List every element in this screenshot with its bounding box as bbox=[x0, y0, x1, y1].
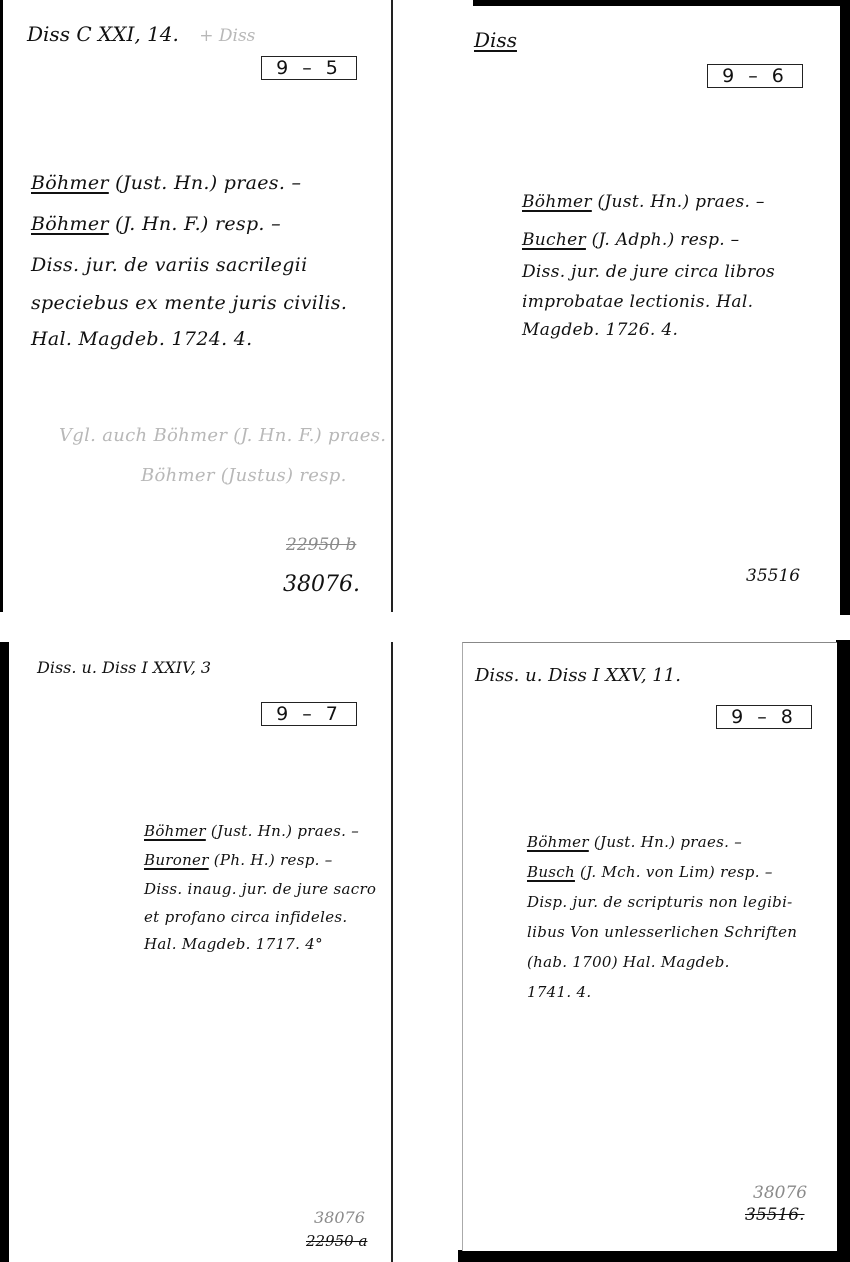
shelfmark: Diss. u. Diss I XXIV, 3 bbox=[37, 658, 211, 677]
title-line: improbatae lectionis. Hal. bbox=[522, 292, 753, 312]
entry-line: Böhmer (Just. Hn.) praes. – bbox=[522, 192, 765, 212]
entry-line: Buroner (Ph. H.) resp. – bbox=[144, 851, 333, 869]
title-line: Hal. Magdeb. 1717. 4° bbox=[144, 935, 323, 953]
title-line: speciebus ex mente juris civilis. bbox=[31, 292, 347, 314]
accession-number: 38076 bbox=[753, 1183, 807, 1203]
title-line: libus Von unlesserlichen Schriften bbox=[527, 923, 797, 941]
old-accession-number: 35516. bbox=[745, 1205, 804, 1225]
author-name: Busch bbox=[527, 863, 575, 881]
title-line: (hab. 1700) Hal. Magdeb. bbox=[527, 953, 730, 971]
entry-line: Böhmer (J. Hn. F.) resp. – bbox=[31, 213, 281, 235]
catalog-card-9-8: Diss. u. Diss I XXV, 11. 9 – 8 Böhmer (J… bbox=[462, 642, 837, 1251]
scan-margin-right-bottom bbox=[836, 640, 850, 1262]
catalog-card-9-5: Diss C XXI, 14. + Diss 9 – 5 Böhmer (Jus… bbox=[3, 0, 393, 612]
old-accession-number: 22950 a bbox=[306, 1232, 367, 1250]
title-line: Diss. jur. de variis sacrilegii bbox=[31, 254, 307, 276]
author-name: Böhmer bbox=[522, 192, 592, 212]
author-name: Böhmer bbox=[31, 172, 109, 194]
title-line: 1741. 4. bbox=[527, 983, 591, 1001]
catalog-card-9-7: Diss. u. Diss I XXIV, 3 9 – 7 Böhmer (Ju… bbox=[9, 642, 393, 1262]
entry-line: Bucher (J. Adph.) resp. – bbox=[522, 230, 739, 250]
card-edge bbox=[391, 642, 393, 1262]
accession-number: 38076. bbox=[283, 572, 360, 597]
scan-margin-right-top bbox=[840, 0, 850, 615]
call-number-box: 9 – 7 bbox=[261, 702, 357, 726]
call-number-box: 9 – 5 bbox=[261, 56, 357, 80]
call-number-box: 9 – 6 bbox=[707, 64, 803, 88]
author-name: Bucher bbox=[522, 230, 586, 250]
shelfmark: Diss bbox=[474, 28, 517, 52]
author-name: Böhmer bbox=[31, 213, 109, 235]
title-line: Hal. Magdeb. 1724. 4. bbox=[31, 328, 253, 350]
catalog-card-9-6: Diss 9 – 6 Böhmer (Just. Hn.) praes. – B… bbox=[460, 6, 840, 614]
author-name: Böhmer bbox=[527, 833, 589, 851]
faint-note-line: Vgl. auch Böhmer (J. Hn. F.) praes. bbox=[59, 425, 386, 446]
accession-number: 35516 bbox=[746, 566, 800, 586]
entry-line: Böhmer (Just. Hn.) praes. – bbox=[31, 172, 301, 194]
shelfmark-addition: + Diss bbox=[199, 26, 255, 46]
entry-line: Böhmer (Just. Hn.) praes. – bbox=[527, 833, 742, 851]
title-line: Magdeb. 1726. 4. bbox=[522, 320, 678, 340]
call-number-box: 9 – 8 bbox=[716, 705, 812, 729]
shelfmark: Diss. u. Diss I XXV, 11. bbox=[475, 665, 681, 686]
card-edge bbox=[391, 0, 393, 612]
entry-line: Busch (J. Mch. von Lim) resp. – bbox=[527, 863, 773, 881]
title-line: Disp. jur. de scripturis non legibi- bbox=[527, 893, 793, 911]
accession-number: 38076 bbox=[314, 1208, 365, 1227]
author-name: Buroner bbox=[144, 851, 209, 869]
faint-note-line: Böhmer (Justus) resp. bbox=[141, 465, 347, 486]
scan-margin-bottom-right bbox=[458, 1250, 850, 1262]
old-accession-number: 22950 b bbox=[286, 535, 356, 555]
author-name: Böhmer bbox=[144, 822, 206, 840]
title-line: Diss. inaug. jur. de jure sacro bbox=[144, 880, 376, 898]
shelfmark: Diss C XXI, 14. + Diss bbox=[27, 22, 255, 46]
title-line: Diss. jur. de jure circa libros bbox=[522, 262, 775, 282]
entry-line: Böhmer (Just. Hn.) praes. – bbox=[144, 822, 359, 840]
scan-margin-left-bottom bbox=[0, 642, 9, 1262]
title-line: et profano circa infideles. bbox=[144, 908, 347, 926]
